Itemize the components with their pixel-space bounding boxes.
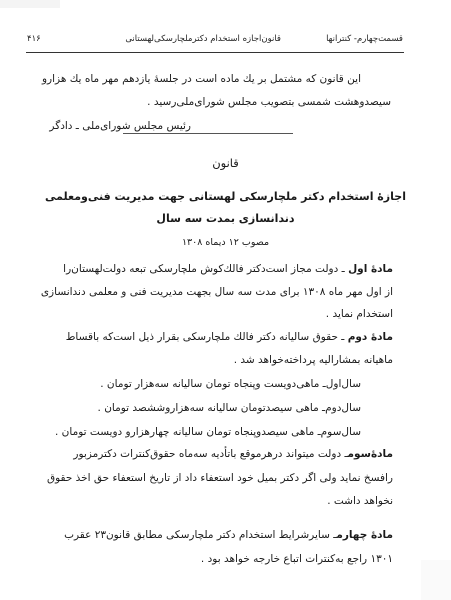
- scan-artifact: [0, 0, 60, 8]
- article-2-line-2: ماهیانه بمشارالیه پرداخته‌خواهد شد .: [234, 353, 393, 367]
- salary-year-3: سال‌سوم‌ـ ماهی سیصدوپنجاه تومان سالیانه …: [55, 425, 361, 439]
- law-title-line-2: دندانسازی بمدت سه سال: [0, 212, 451, 226]
- section-divider: [123, 133, 293, 134]
- header-section-title: قسمت‌چهارم- کنترانها: [326, 34, 403, 44]
- article-3-line-3: نخواهد داشت .: [327, 494, 393, 508]
- law-heading: قانون: [0, 156, 451, 170]
- header-running-title: قانون‌اجازه استخدام دکترملچارسکی‌لهستانی: [125, 34, 281, 44]
- salary-year-1: سال‌اول‌ـ ماهی‌دویست وپنجاه تومان سالیان…: [100, 377, 361, 391]
- article-1-line-1: مادهٔ اول ـ دولت مجاز است‌دکتر فالك‌کوش …: [63, 262, 393, 276]
- salary-year-2: سال‌دوم‌ـ ماهی سیصدتومان سالیانه سه‌هزار…: [98, 401, 361, 415]
- preceding-law-line-2: سیصدوهشت شمسی بتصویب مجلس شورای‌ملی‌رسید…: [147, 95, 391, 109]
- article-1-line-2: از اول مهر ماه ۱۳۰۸ برای مدت سه سال بجهت…: [41, 285, 393, 299]
- article-3-line-1: مادهٔ‌سومـ دولت میتواند درهرموقع باتأدیه…: [73, 447, 393, 461]
- preceding-law-line-1: این قانون که مشتمل بر یك ماده است در جلس…: [42, 72, 361, 86]
- article-3-label: مادهٔ‌سوم: [348, 448, 393, 460]
- article-2-label: مادهٔ دوم: [348, 331, 393, 343]
- article-1-line-3: استخدام نماید .: [326, 307, 393, 321]
- header-page-number: ۴۱۶: [27, 34, 41, 44]
- article-4-label: مادهٔ چهارم: [336, 529, 393, 541]
- law-title-line-1: اجازهٔ استخدام دکتر ملچارسکی لهستانی جهت…: [0, 190, 451, 204]
- approval-date: مصوب ۱۲ دیماه ۱۳۰۸: [0, 236, 451, 250]
- article-4-line-1: مادهٔ چهارمـ سایرشرایط استخدام دکتر ملچا…: [64, 528, 393, 542]
- article-1-label: مادهٔ اول: [348, 263, 393, 275]
- header-rule: [26, 52, 404, 53]
- article-4-line-2: ۱۳۰۱ راجع به‌کنترات اتباع خارجه خواهد بو…: [201, 552, 393, 566]
- article-2-line-1: مادهٔ دوم ـ حقوق سالیانه دکتر فالك ملچار…: [66, 330, 393, 344]
- speaker-signature: رئیس مجلس شورای‌ملی ـ دادگر: [49, 119, 191, 133]
- scan-artifact: [421, 560, 451, 600]
- article-3-line-2: رافسخ نماید ولی اگر دکتر بمیل خود استعفا…: [47, 471, 393, 485]
- document-page: قسمت‌چهارم- کنترانها قانون‌اجازه استخدام…: [0, 0, 451, 600]
